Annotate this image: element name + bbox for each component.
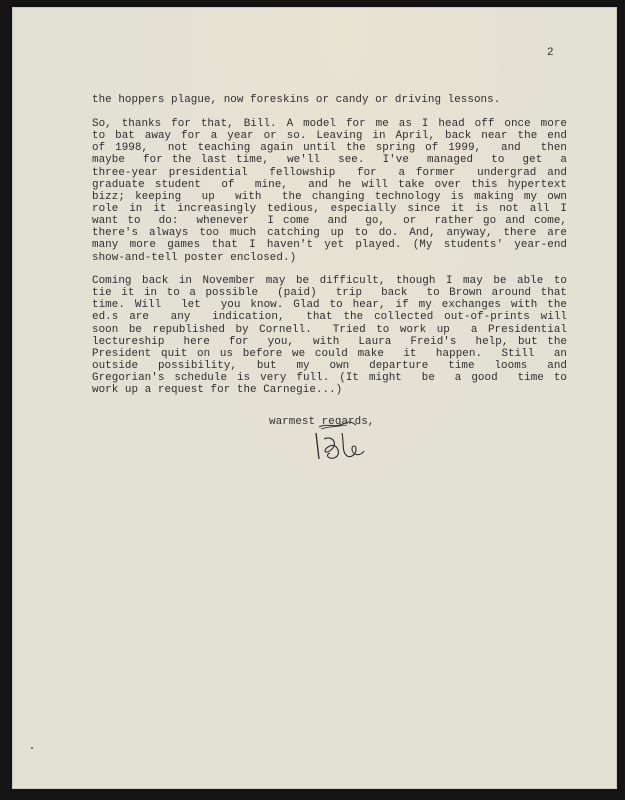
letter-page: 2 the hoppers plague, now foreskins or c…: [12, 7, 617, 789]
text-line: work up a request for the Carnegie...): [92, 384, 567, 396]
text-line: of 1998, not teaching again until the sp…: [92, 142, 567, 154]
text-line: time. Will let you know. Glad to hear, i…: [92, 299, 567, 311]
paragraph-1: the hoppers plague, now foreskins or can…: [92, 94, 567, 106]
text-line: Gregorian's schedule is very full. (It m…: [92, 372, 567, 384]
text-line: graduate student of mine, and he will ta…: [92, 179, 567, 191]
text-line: President quit on us before we could mak…: [92, 348, 567, 360]
text-line: show-and-tell poster enclosed.): [92, 252, 567, 264]
text-line: ed.s are any indication, that the collec…: [92, 311, 567, 323]
text-line: to bat away for a year or so. Leaving in…: [92, 130, 567, 142]
paper-speck: [31, 747, 33, 749]
text-line: bizz; keeping up with the changing techn…: [92, 191, 567, 203]
text-line: outside possibility, but my own departur…: [92, 360, 567, 372]
text-line: role in it increasingly tedious, especia…: [92, 203, 567, 215]
text-line: three-year presidential fellowship for a…: [92, 167, 567, 179]
paragraph-2: So, thanks for that, Bill. A model for m…: [92, 118, 567, 264]
text-line: tie it in to a possible (paid) trip back…: [92, 287, 567, 299]
text-line: many more games that I haven't yet playe…: [92, 239, 567, 251]
text-line: maybe for the last time, we'll see. I've…: [92, 154, 567, 166]
text-line: lectureship here for you, with Laura Fre…: [92, 336, 567, 348]
handwritten-signature: [312, 429, 372, 461]
text-line: want to do: whenever I come and go, or r…: [92, 215, 567, 227]
page-number: 2: [547, 47, 554, 59]
text-line: So, thanks for that, Bill. A model for m…: [92, 118, 567, 130]
text-line: the hoppers plague, now foreskins or can…: [92, 94, 567, 106]
text-line: soon be republished by Cornell. Tried to…: [92, 324, 567, 336]
text-line: Coming back in November may be difficult…: [92, 275, 567, 287]
paragraph-3: Coming back in November may be difficult…: [92, 275, 567, 396]
closing: warmest regards,: [269, 416, 374, 428]
text-line: there's always too much catching up to d…: [92, 227, 567, 239]
